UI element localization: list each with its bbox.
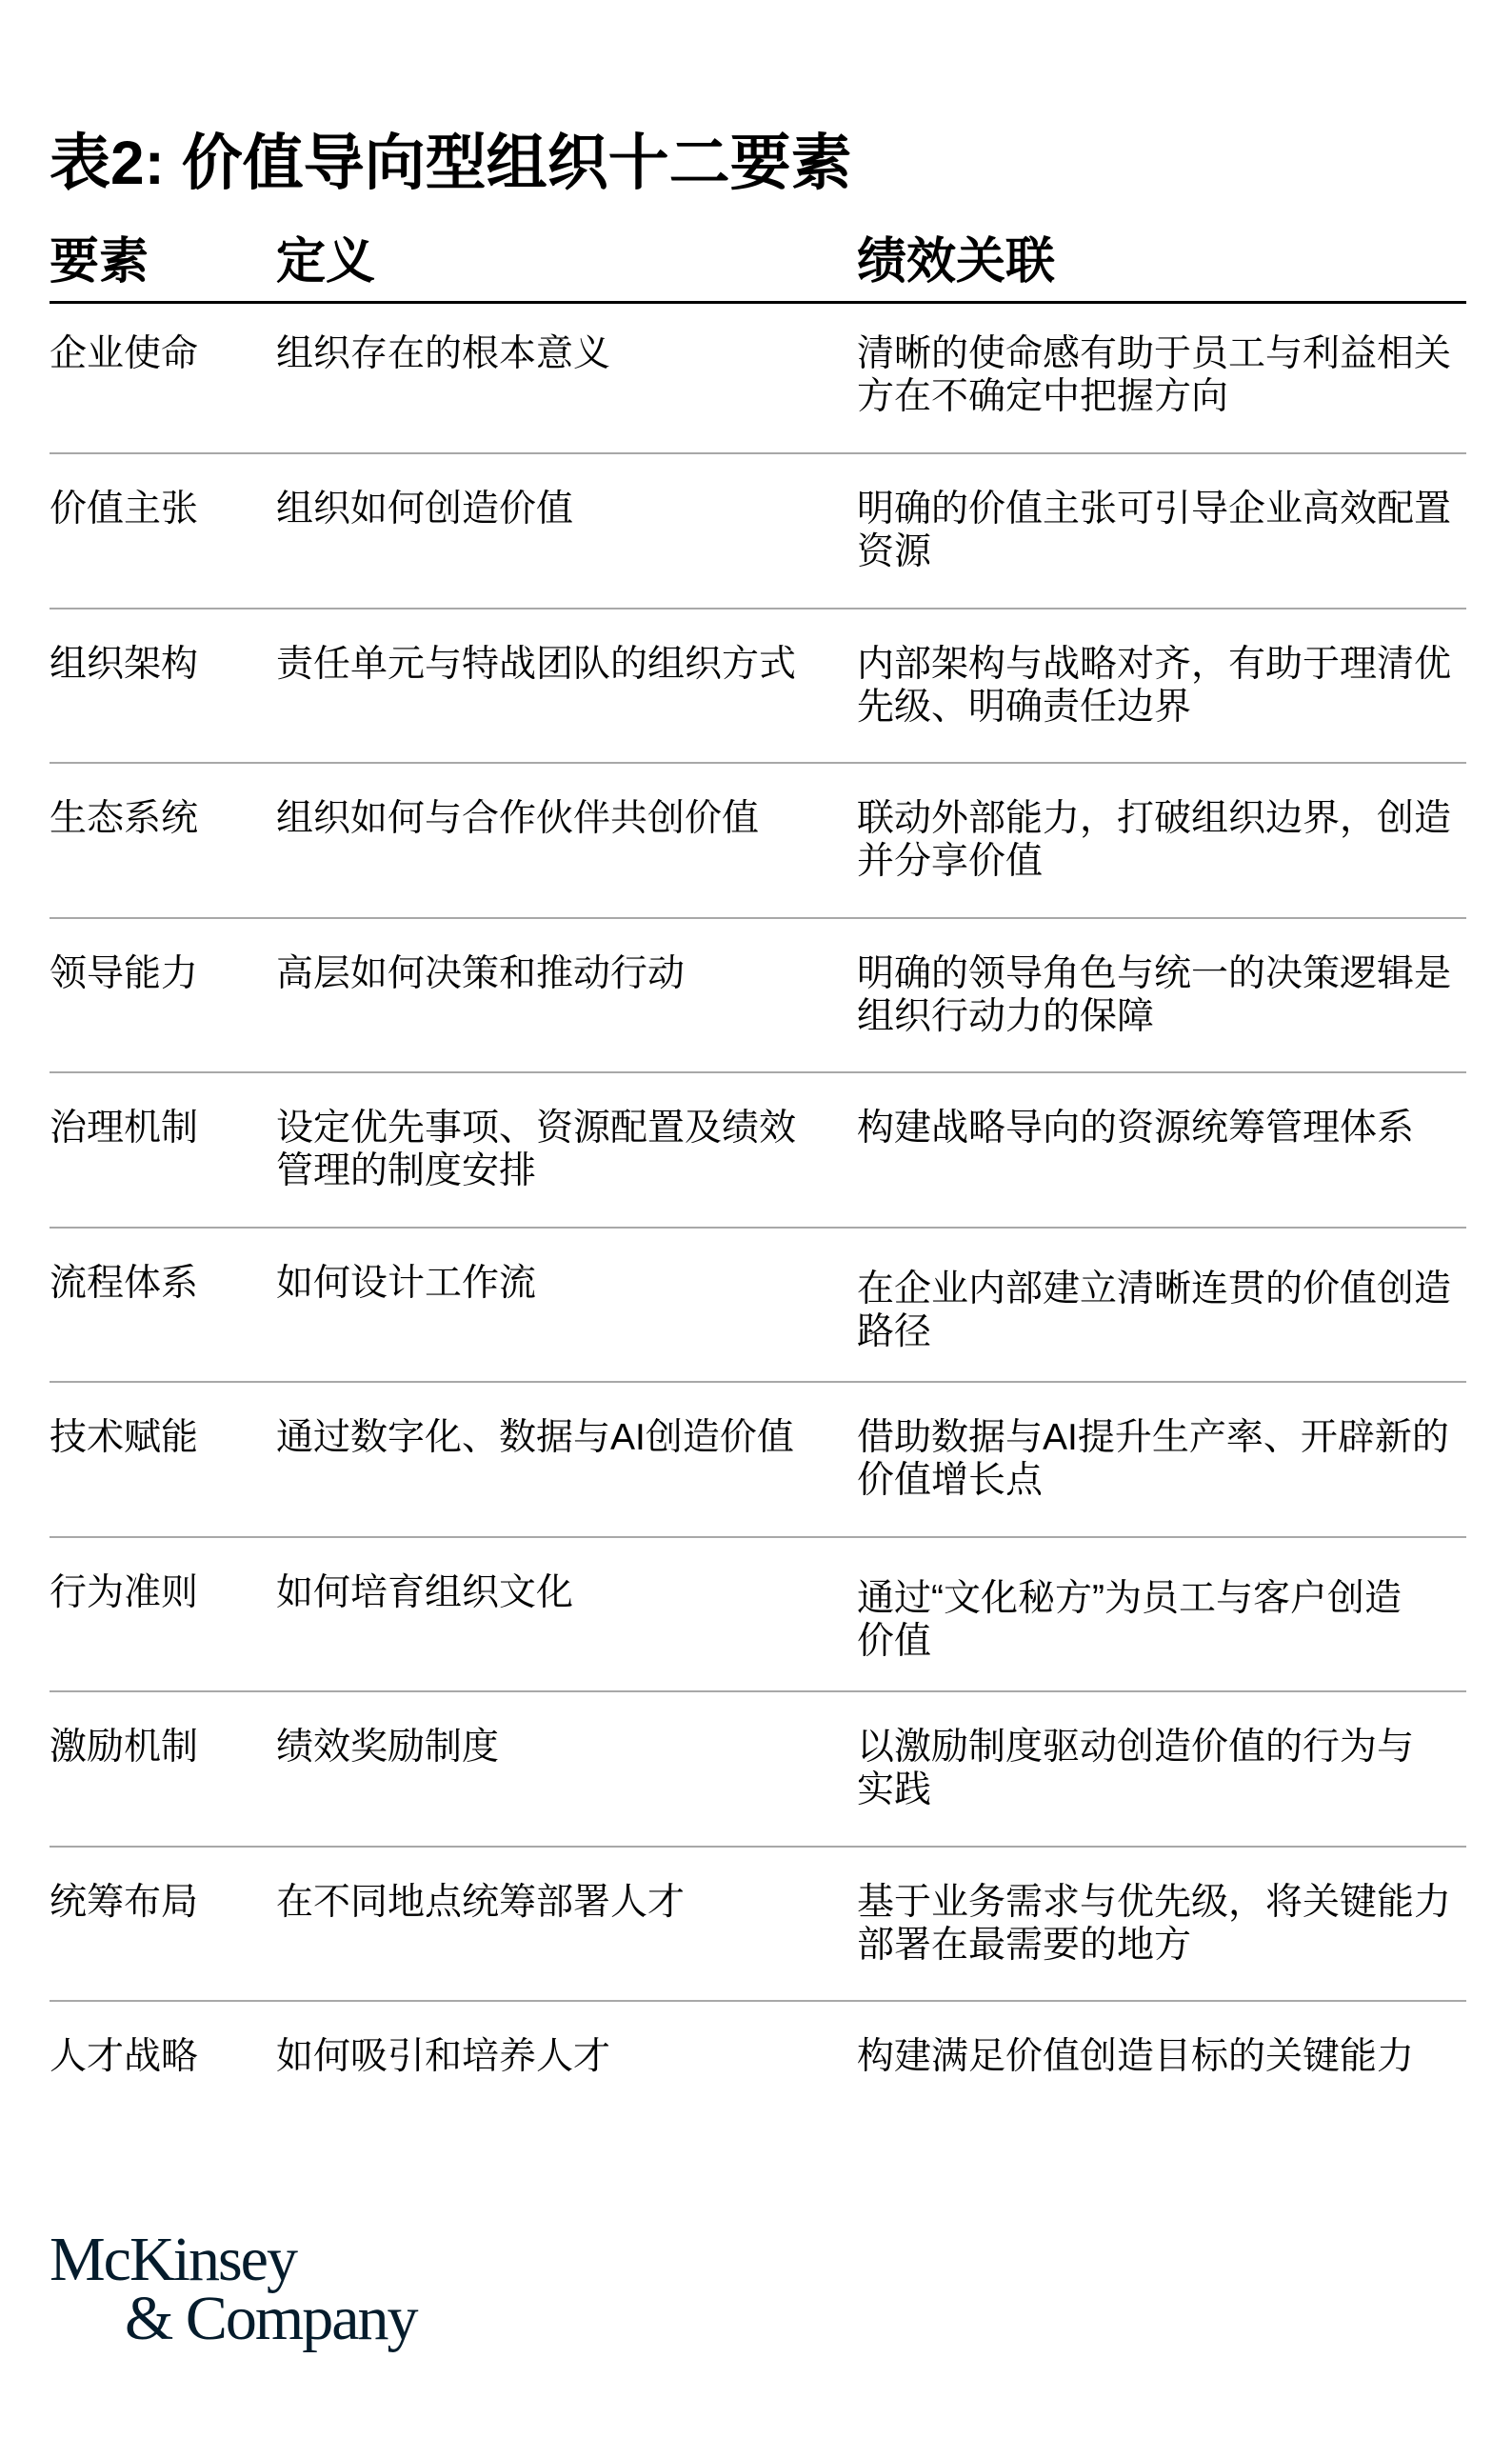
definition-cell: 高层如何决策和推动行动 [276,952,685,995]
table-row: 治理机制 设定优先事项、资源配置及绩效 管理的制度安排 构建战略导向的资源统筹管… [50,1073,1466,1229]
impact-cell: 基于业务需求与优先级，将关键能力 部署在最需要的地方 [857,1881,1451,1967]
definition-cell: 设定优先事项、资源配置及绩效 管理的制度安排 [276,1107,796,1192]
table-row: 企业使命 组织存在的根本意义 清晰的使命感有助于员工与利益相关 方在不确定中把握… [50,304,1466,454]
mckinsey-logo: McKinsey & Company [50,2230,417,2348]
definition-cell: 组织存在的根本意义 [276,332,610,375]
table-body: 企业使命 组织存在的根本意义 清晰的使命感有助于员工与利益相关 方在不确定中把握… [50,304,1466,2157]
logo-line-mckinsey: McKinsey [50,2230,417,2289]
definition-cell: 在不同地点统筹部署人才 [276,1881,685,1924]
definition-cell: 责任单元与特战团队的组织方式 [276,643,796,686]
element-cell: 行为准则 [50,1571,198,1614]
table-row: 技术赋能 通过数字化、数据与AI创造价值 借助数据与AI提升生产率、开辟新的 价… [50,1383,1466,1538]
element-cell: 激励机制 [50,1726,198,1769]
element-cell: 生态系统 [50,797,198,840]
impact-cell: 明确的价值主张可引导企业高效配置 资源 [857,488,1451,573]
impact-cell: 在企业内部建立清晰连贯的价值创造 路径 [857,1268,1451,1353]
impact-cell: 联动外部能力，打破组织边界，创造 并分享价值 [857,797,1451,883]
element-cell: 统筹布局 [50,1881,198,1924]
table-row: 生态系统 组织如何与合作伙伴共创价值 联动外部能力，打破组织边界，创造 并分享价… [50,764,1466,919]
impact-cell: 借助数据与AI提升生产率、开辟新的 价值增长点 [857,1416,1449,1502]
definition-cell: 绩效奖励制度 [276,1726,499,1769]
table-row: 激励机制 绩效奖励制度 以激励制度驱动创造价值的行为与 实践 [50,1692,1466,1848]
column-header-element: 要素 [50,237,149,287]
element-cell: 流程体系 [50,1262,198,1305]
impact-cell: 清晰的使命感有助于员工与利益相关 方在不确定中把握方向 [857,332,1451,418]
column-header-impact: 绩效关联 [857,237,1055,287]
definition-cell: 组织如何创造价值 [276,488,573,530]
element-cell: 企业使命 [50,332,198,375]
table-row: 组织架构 责任单元与特战团队的组织方式 内部架构与战略对齐，有助于理清优 先级、… [50,609,1466,765]
definition-cell: 通过数字化、数据与AI创造价值 [276,1416,794,1459]
table-row: 行为准则 如何培育组织文化 通过“文化秘方”为员工与客户创造 价值 [50,1538,1466,1693]
table-row: 人才战略 如何吸引和培养人才 构建满足价值创造目标的关键能力 [50,2002,1466,2157]
table-row: 领导能力 高层如何决策和推动行动 明确的领导角色与统一的决策逻辑是 组织行动力的… [50,919,1466,1074]
impact-cell: 构建满足价值创造目标的关键能力 [857,2035,1414,2078]
column-header-definition: 定义 [276,237,375,287]
definition-cell: 如何培育组织文化 [276,1571,573,1614]
impact-cell: 通过“文化秘方”为员工与客户创造 价值 [857,1577,1402,1663]
definition-cell: 组织如何与合作伙伴共创价值 [276,797,759,840]
logo-line-company: & Company [125,2289,417,2348]
table-row: 流程体系 如何设计工作流 在企业内部建立清晰连贯的价值创造 路径 [50,1229,1466,1384]
element-cell: 领导能力 [50,952,198,995]
definition-cell: 如何设计工作流 [276,1262,536,1305]
element-cell: 技术赋能 [50,1416,198,1459]
table-row: 统筹布局 在不同地点统筹部署人才 基于业务需求与优先级，将关键能力 部署在最需要… [50,1848,1466,2003]
definition-cell: 如何吸引和培养人才 [276,2035,610,2078]
element-cell: 组织架构 [50,643,198,686]
element-cell: 价值主张 [50,488,198,530]
element-cell: 人才战略 [50,2035,198,2078]
table-row: 价值主张 组织如何创造价值 明确的价值主张可引导企业高效配置 资源 [50,454,1466,609]
table-header: 要素 定义 绩效关联 [50,237,1466,287]
impact-cell: 明确的领导角色与统一的决策逻辑是 组织行动力的保障 [857,952,1451,1038]
impact-cell: 构建战略导向的资源统筹管理体系 [857,1107,1414,1149]
impact-cell: 内部架构与战略对齐，有助于理清优 先级、明确责任边界 [857,643,1451,729]
element-cell: 治理机制 [50,1107,198,1149]
impact-cell: 以激励制度驱动创造价值的行为与 实践 [857,1726,1414,1811]
page-title: 表2: 价值导向型组织十二要素 [50,132,852,193]
